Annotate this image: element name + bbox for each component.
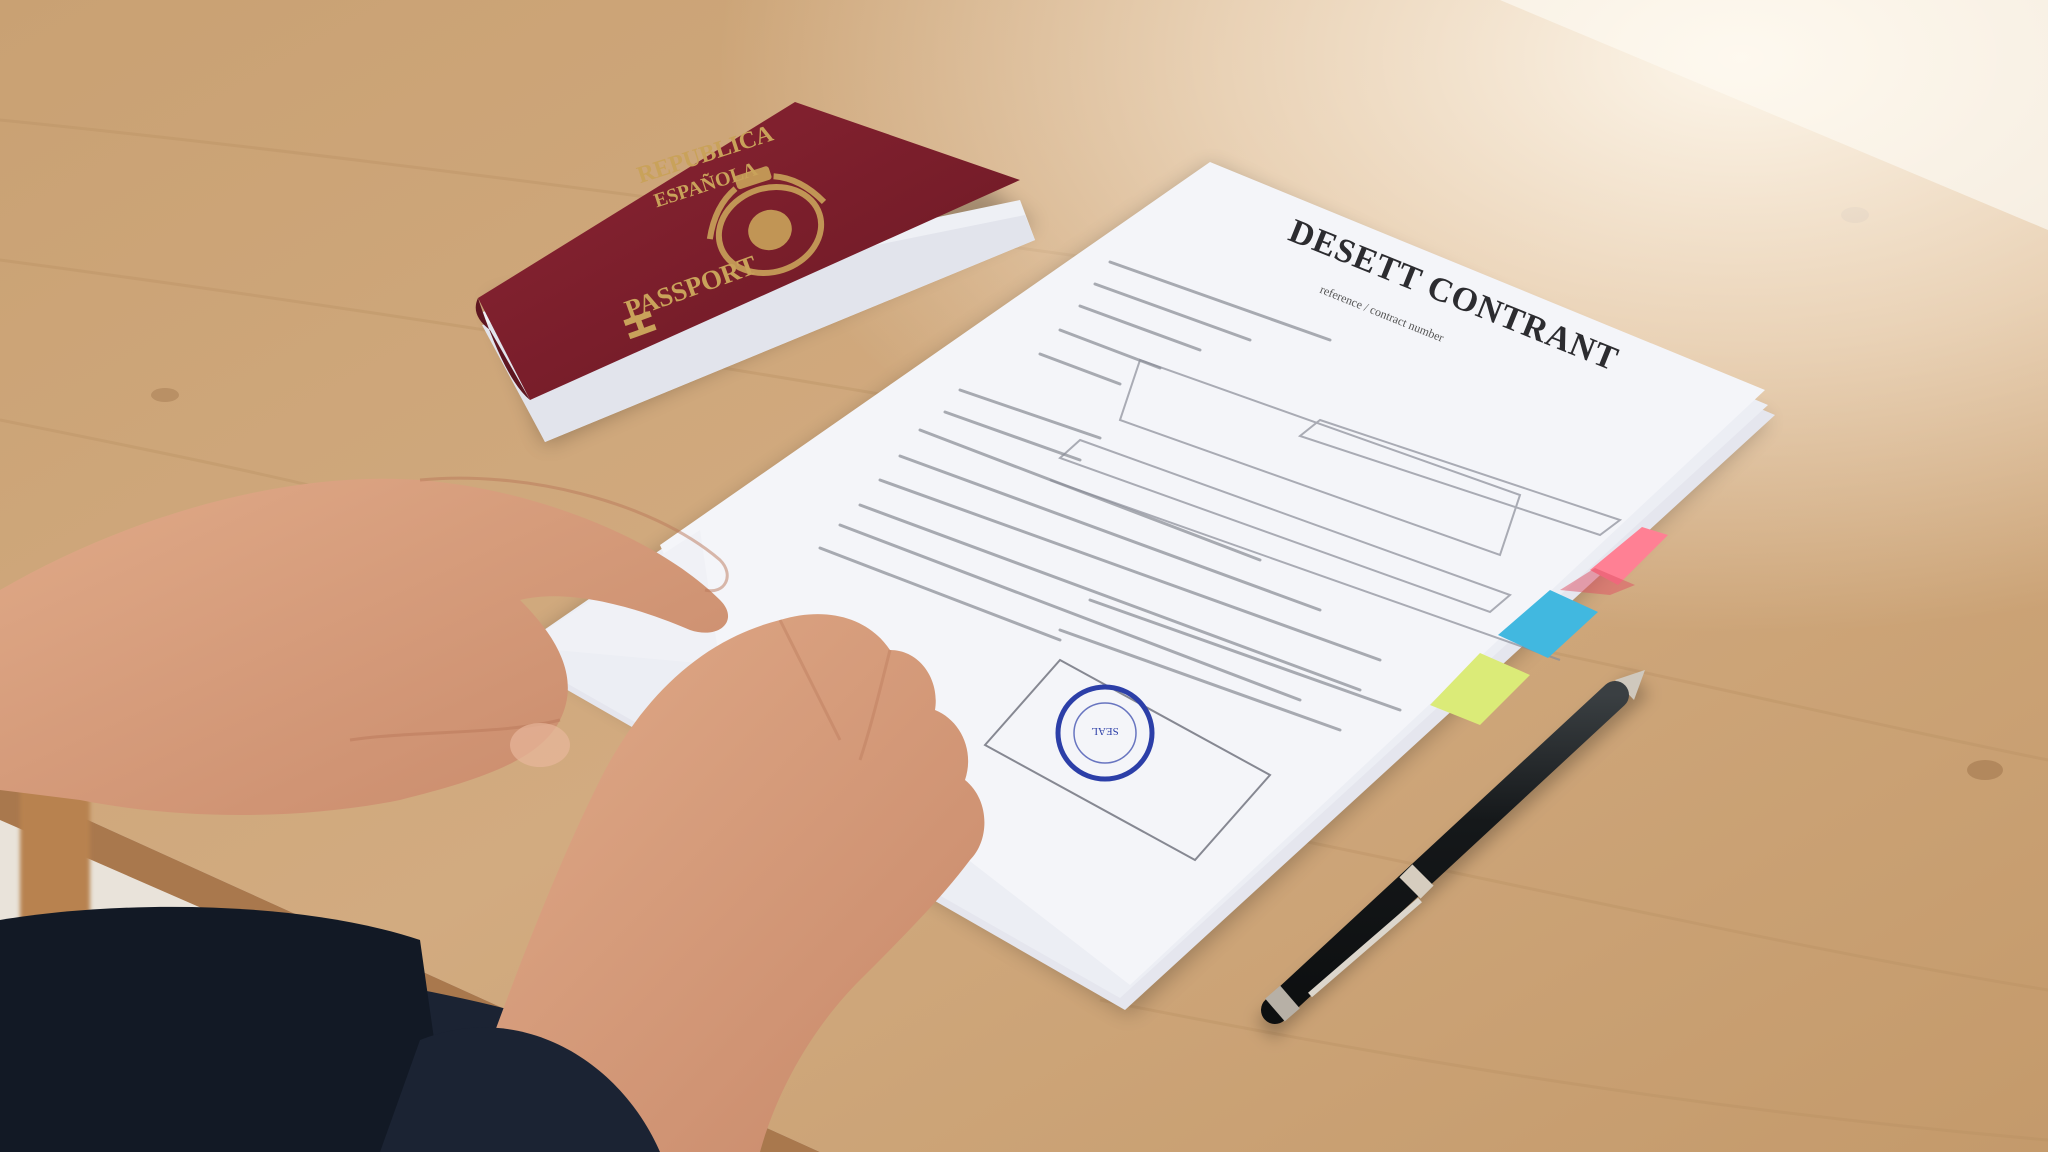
svg-text:SEAL: SEAL (1091, 725, 1119, 737)
photo-scene: REPUBLICA ESPAÑOLA PASSPORT DESETT CONTR… (0, 0, 2048, 1152)
